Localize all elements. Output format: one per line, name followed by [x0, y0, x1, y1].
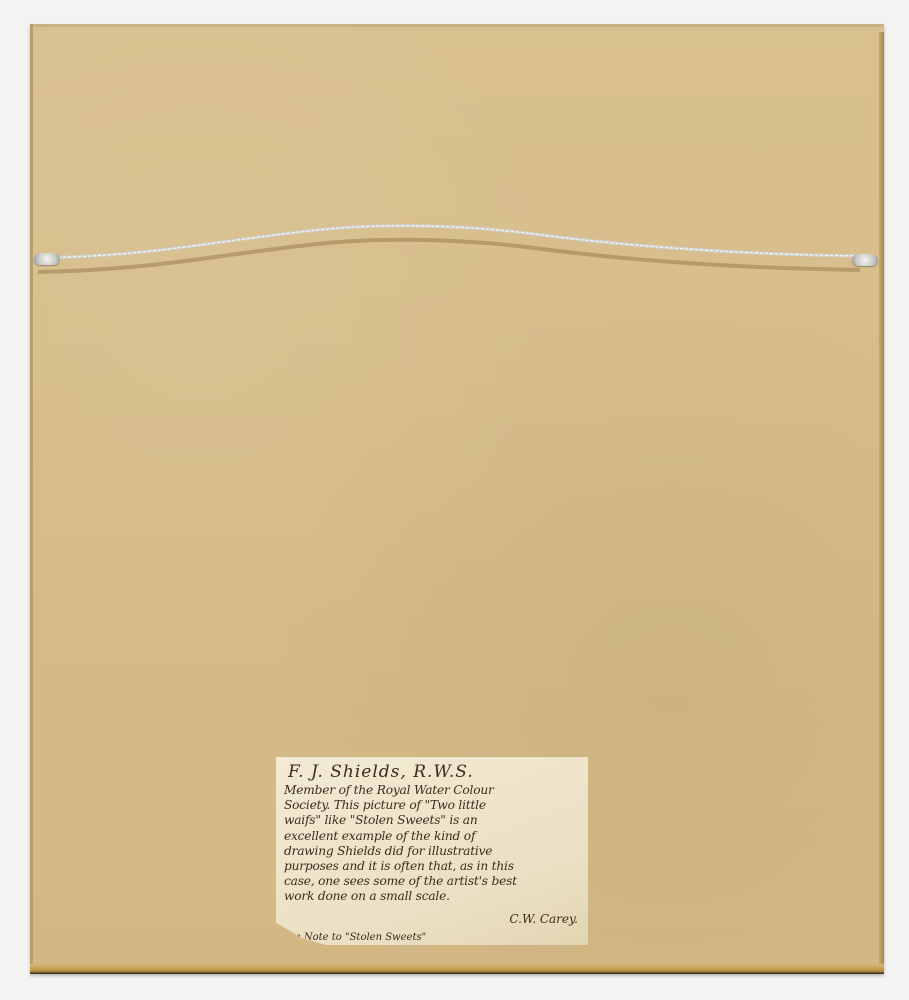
wire-knot-left	[34, 253, 60, 265]
label-line: waifs" like "Stolen Sweets" is an	[284, 813, 580, 828]
label-line: Society. This picture of "Two little	[284, 798, 580, 813]
label-line: drawing Shields did for illustrative	[284, 844, 580, 859]
label-line: purposes and it is often that, as in thi…	[284, 859, 580, 874]
label-line: case, one sees some of the artist's best	[284, 874, 580, 889]
label-note: See Note to "Stolen Sweets"	[282, 932, 426, 944]
handwritten-label: F. J. Shields, R.W.S. Member of the Roya…	[276, 757, 588, 945]
frame-left-edge	[30, 24, 33, 974]
label-line: work done on a small scale.	[284, 889, 580, 904]
photo-background: { "scene": { "subject": "back of framed …	[0, 0, 909, 1000]
label-line: Member of the Royal Water Colour	[284, 783, 580, 798]
hanging-wire	[30, 216, 884, 276]
wire-knot-right	[852, 254, 878, 266]
frame-right-edge	[879, 32, 884, 974]
frame-top-edge	[30, 24, 884, 27]
label-line: excellent example of the kind of	[284, 829, 580, 844]
frame-backing-board: F. J. Shields, R.W.S. Member of the Roya…	[30, 24, 884, 974]
frame-gilt-bottom-edge	[30, 964, 884, 974]
label-signature: C.W. Carey.	[509, 912, 578, 926]
label-title: F. J. Shields, R.W.S.	[284, 761, 580, 783]
